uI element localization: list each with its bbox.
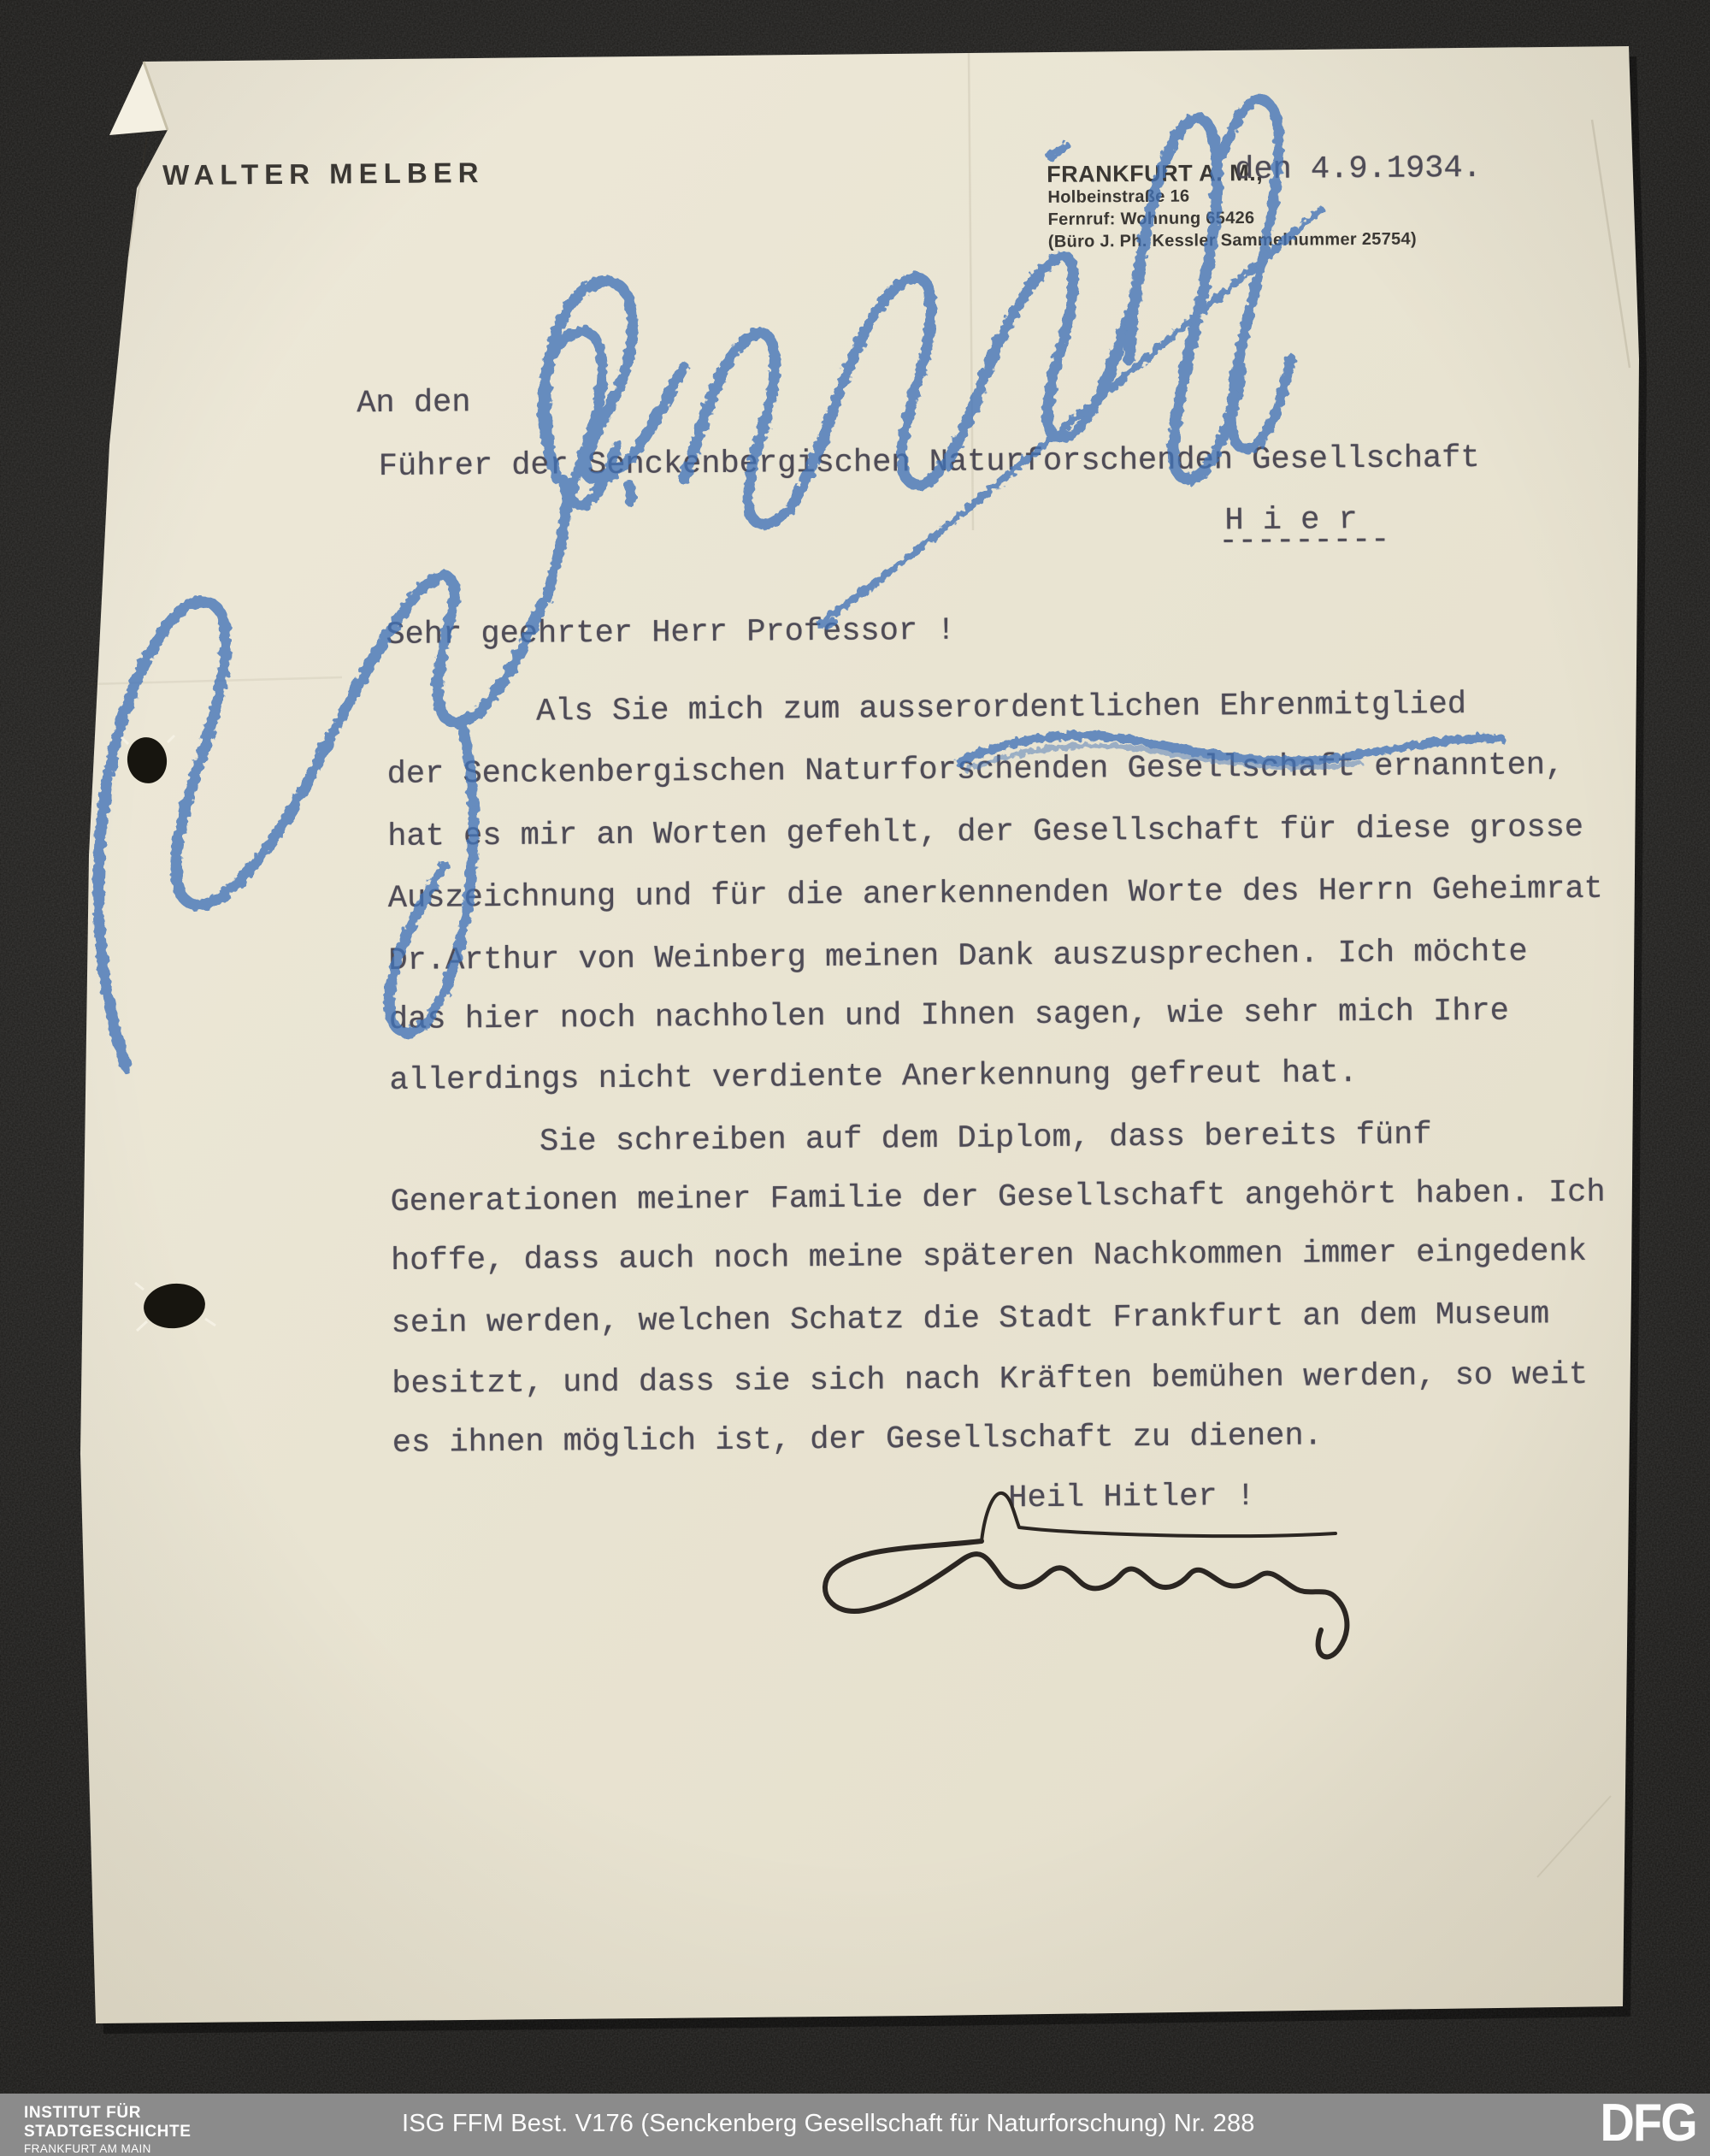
- isg-logo-line2: STADTGESCHICHTE: [24, 2124, 191, 2140]
- letter-text: WALTER MELBER FRANKFURT A. M., den 4.9.1…: [0, 0, 1710, 2156]
- archive-reference-caption: ISG FFM Best. V176 (Senckenberg Gesellsc…: [402, 2110, 1255, 2138]
- isg-logo: INSTITUT FÜR STADTGESCHICHTE FRANKFURT A…: [24, 2105, 191, 2155]
- body-line: das hier noch nachholen und Ihnen sagen,…: [389, 994, 1509, 1038]
- body-line: es ihnen möglich ist, der Gesellschaft z…: [392, 1418, 1323, 1462]
- body-line: Dr.Arthur von Weinberg meinen Dank auszu…: [388, 935, 1528, 979]
- closing-line: Heil Hitler !: [1008, 1479, 1255, 1516]
- body-line: allerdings nicht verdiente Anerkennung g…: [389, 1055, 1358, 1099]
- dfg-logo: DFG: [1601, 2093, 1696, 2153]
- recipient-line-1: An den: [357, 385, 471, 422]
- body-line: besitzt, und dass sie sich nach Kräften …: [392, 1357, 1588, 1403]
- body-line: Sie schreiben auf dem Diplom, dass berei…: [540, 1117, 1432, 1160]
- recipient-line-2: Führer der Senckenbergischen Naturforsch…: [379, 440, 1480, 485]
- body-line: hat es mir an Worten gefehlt, der Gesell…: [387, 810, 1583, 855]
- isg-logo-line1: INSTITUT FÜR: [24, 2105, 191, 2121]
- isg-logo-line3: FRANKFURT AM MAIN: [24, 2143, 191, 2155]
- body-line: der Senckenbergischen Naturforschenden G…: [387, 747, 1565, 793]
- sender-name: WALTER MELBER: [162, 157, 485, 192]
- document-scan-viewer: WALTER MELBER FRANKFURT A. M., den 4.9.1…: [0, 0, 1710, 2156]
- letterhead-street: Holbeinstraße 16: [1047, 187, 1189, 208]
- body-line: Auszeichnung und für die anerkennenden W…: [388, 871, 1603, 917]
- letterhead-office: (Büro J. Ph. Kessler Sammelnummer 25754): [1048, 229, 1417, 251]
- body-line: Generationen meiner Familie der Gesellsc…: [390, 1175, 1605, 1220]
- body-line: hoffe, dass auch noch meine späteren Nac…: [391, 1234, 1587, 1279]
- body-line: sein werden, welchen Schatz die Stadt Fr…: [392, 1297, 1550, 1342]
- letterhead-phone: Fernruf: Wohnung 65426: [1048, 209, 1255, 230]
- archive-caption-bar: INSTITUT FÜR STADTGESCHICHTE FRANKFURT A…: [0, 2094, 1710, 2156]
- letterhead-city: FRANKFURT A. M.,: [1047, 160, 1263, 188]
- body-line: Als Sie mich zum ausserordentlichen Ehre…: [536, 687, 1466, 730]
- salutation: Sehr geehrter Herr Professor !: [386, 613, 955, 653]
- letterhead-typed-date: den 4.9.1934.: [1235, 151, 1482, 188]
- recipient-underline-dashes: ---------: [1218, 523, 1389, 560]
